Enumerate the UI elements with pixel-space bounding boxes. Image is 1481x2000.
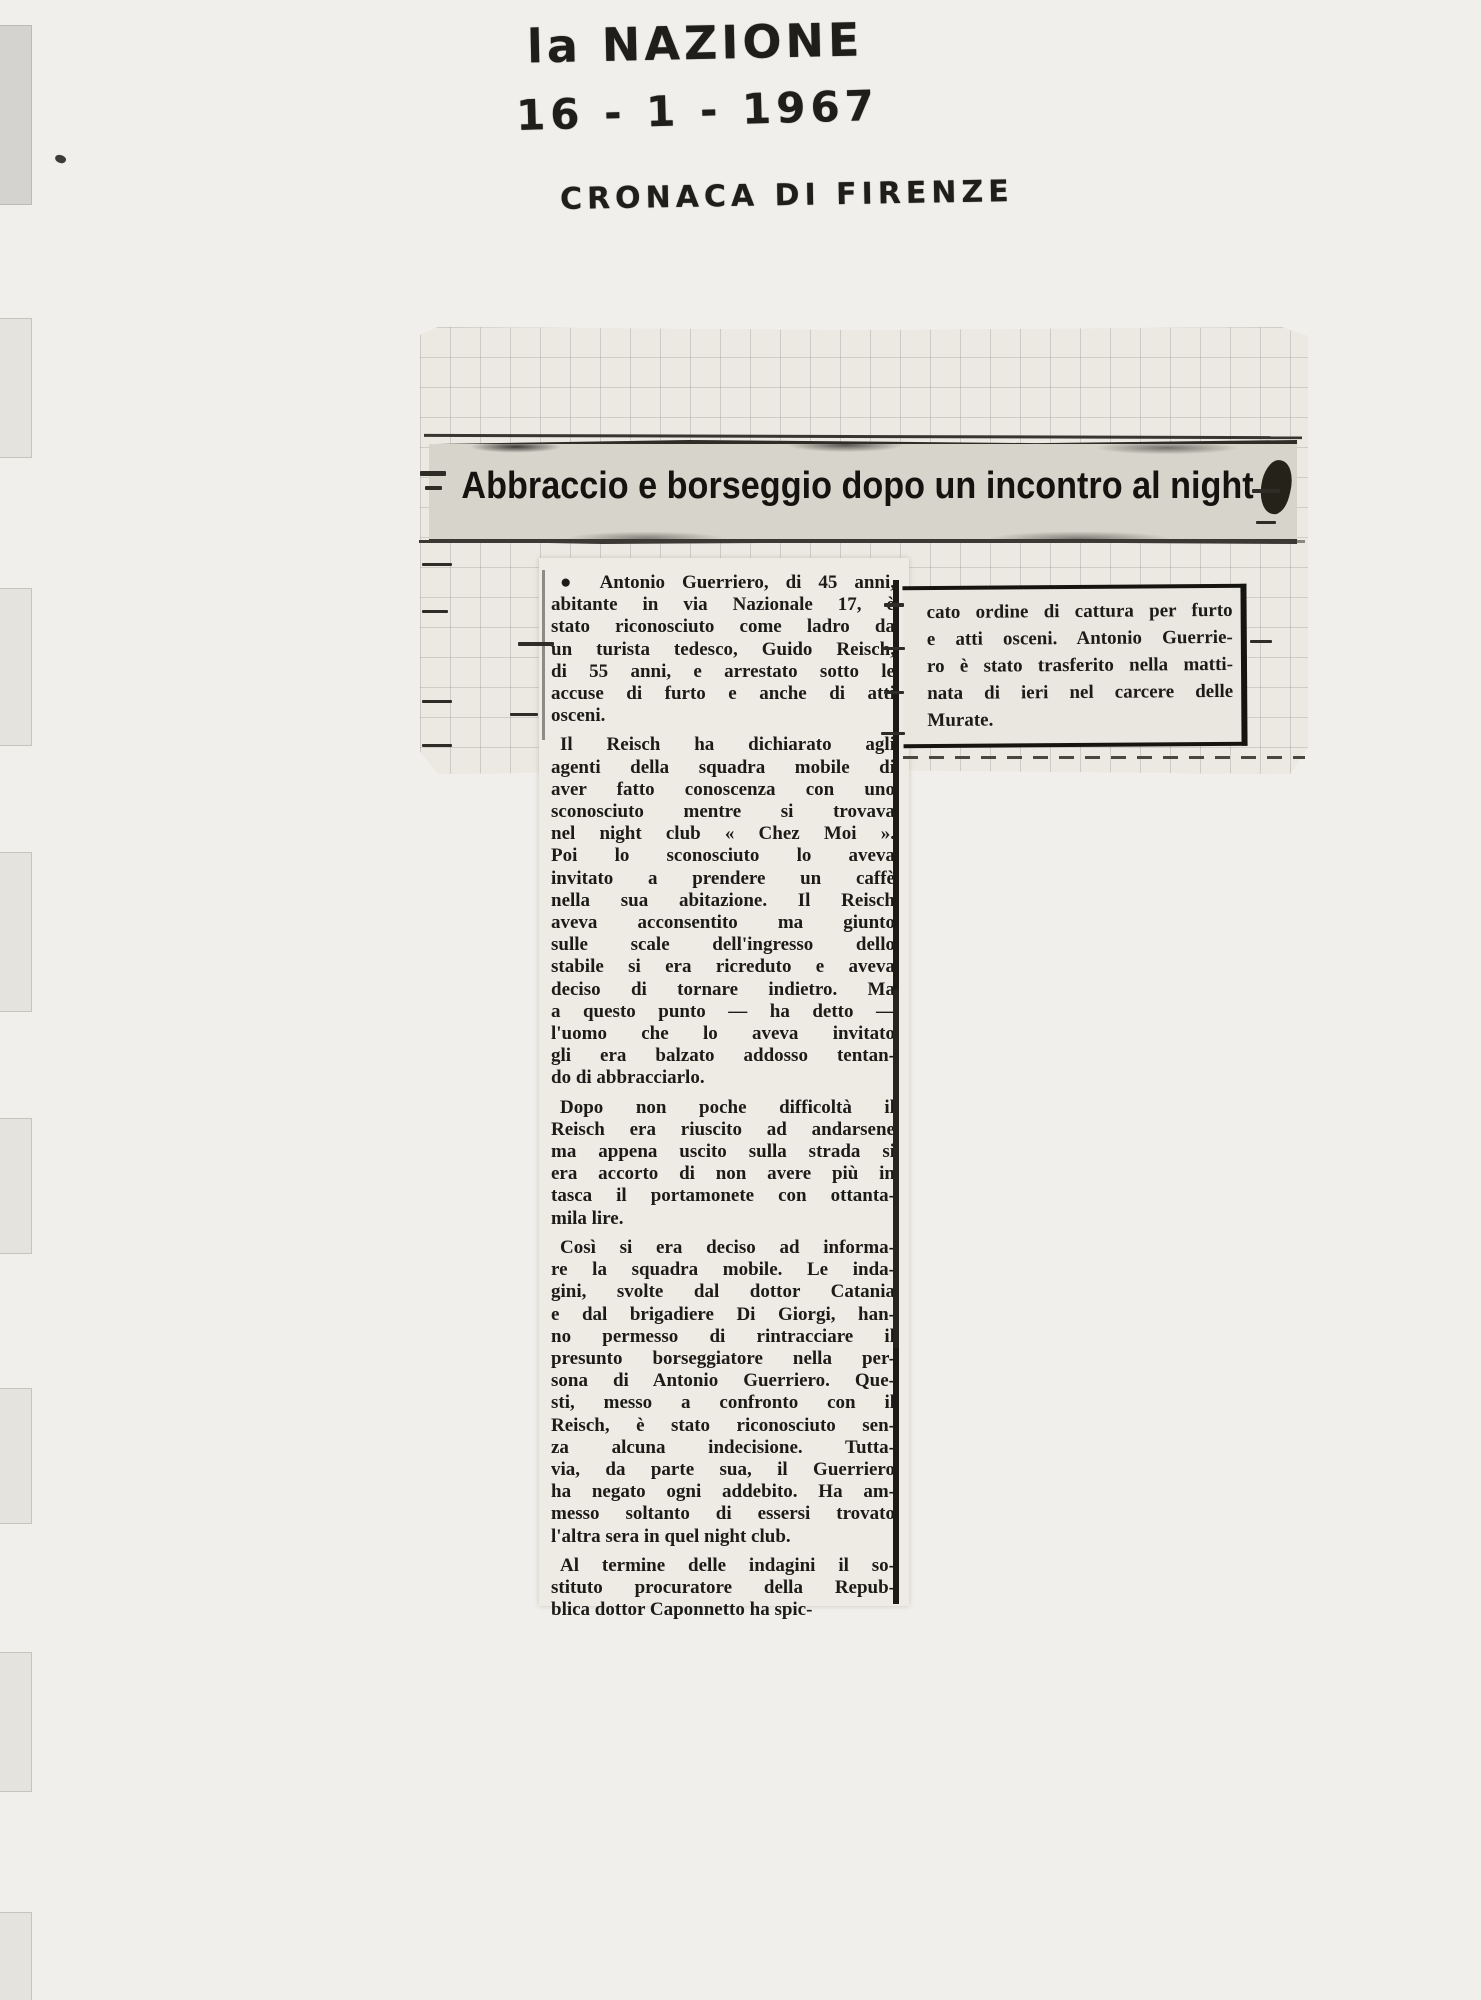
- dash-mark: [1252, 489, 1280, 493]
- film-edge-mark: [0, 25, 32, 205]
- film-edge-mark: [0, 1118, 32, 1254]
- film-edge-mark: [0, 318, 32, 458]
- dash-mark: [881, 647, 905, 650]
- dash-mark: [518, 642, 554, 646]
- handwritten-source: la NAZIONE: [526, 12, 863, 73]
- photocopy-streak: [419, 540, 1305, 543]
- dash-mark: [1250, 640, 1272, 643]
- headline-strip: Abbraccio e borseggio dopo un incontro a…: [429, 440, 1297, 544]
- film-edge-mark: [0, 852, 32, 1012]
- dash-mark: [881, 732, 905, 735]
- dash-mark: [422, 700, 452, 703]
- handwritten-date: 16 - 1 - 1967: [515, 81, 879, 140]
- film-edge-mark: [0, 588, 32, 746]
- dash-mark: [510, 713, 538, 716]
- continuation-fragment: cato ordine di cattura per furtoe atti o…: [902, 584, 1247, 748]
- dash-mark: [884, 691, 904, 694]
- ink-blob: [1255, 457, 1297, 517]
- film-edge-mark: [0, 1652, 32, 1792]
- handwritten-section: CRONACA DI FIRENZE: [560, 174, 1014, 217]
- dashed-ruling: [903, 756, 1305, 759]
- dash-mark: [884, 603, 904, 607]
- dash-mark: [422, 563, 452, 566]
- continuation-text: cato ordine di cattura per furtoe atti o…: [927, 597, 1234, 734]
- film-edge-mark: [0, 1912, 32, 2000]
- article-paragraph-1: ● Antonio Guerriero, di 45 anni,abitante…: [551, 572, 895, 727]
- article-paragraph-3: Dopo non poche difficoltà ilReisch era r…: [551, 1097, 895, 1230]
- dash-mark: [422, 610, 448, 613]
- headline-text: Abbraccio e borseggio dopo un incontro a…: [429, 444, 1254, 528]
- film-edge-mark: [0, 1388, 32, 1524]
- dash-mark: [420, 471, 446, 476]
- article-paragraph-2: Il Reisch ha dichiarato agliagenti della…: [551, 734, 895, 1089]
- ink-speck: [54, 153, 67, 165]
- article-paragraph-4: Così si era deciso ad informa-re la squa…: [551, 1237, 895, 1548]
- article-column-fragment: ● Antonio Guerriero, di 45 anni,abitante…: [539, 558, 909, 1606]
- dash-mark: [425, 486, 442, 490]
- article-paragraph-5: Al termine delle indagini il so-stituto …: [551, 1555, 895, 1622]
- dash-mark: [422, 744, 452, 747]
- dash-mark: [1256, 521, 1276, 524]
